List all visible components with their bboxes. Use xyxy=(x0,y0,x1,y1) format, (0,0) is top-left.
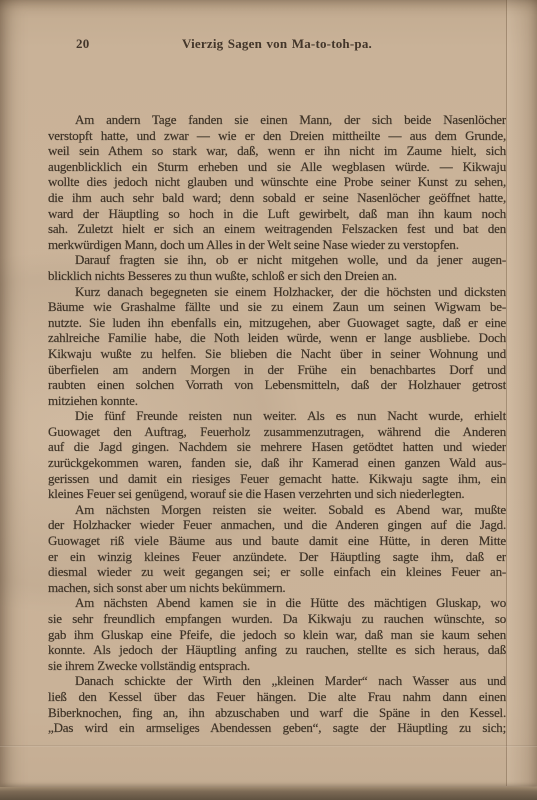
text-line: der Holzhacker wieder Feuer anmachen, un… xyxy=(48,517,506,533)
text-line: merkwürdigen Mann, doch um Alles in der … xyxy=(48,237,506,253)
text-line: er ein winzig kleines Feuer anzündete. D… xyxy=(48,549,506,565)
scanned-book-page: 20 Vierzig Sagen von Ma-to-toh-pa. Am an… xyxy=(0,0,537,800)
text-line: Kikwaju wußte zu helfen. Sie blieben die… xyxy=(48,346,506,362)
text-line: Guowaget den Auftrag, Feuerholz zusammen… xyxy=(48,424,506,440)
text-line: nutzte. Sie luden ihn ebenfalls ein, mit… xyxy=(48,315,506,331)
text-line: Darauf fragten sie ihn, ob er nicht mitg… xyxy=(48,252,506,268)
text-line: blicklich nichts Besseres zu thun wußte,… xyxy=(48,268,506,284)
text-line: kleines Feuer sei genügend, worauf sie d… xyxy=(48,486,506,502)
text-line: zahlreiche Familie habe, die Noth leiden… xyxy=(48,330,506,346)
page-edge-right xyxy=(506,0,537,786)
text-line: zurückgekommen waren, fanden sie, daß ih… xyxy=(48,455,506,471)
text-line: Biberknochen, fing an, ihn abzuschaben u… xyxy=(48,705,506,721)
text-line: weil sein Athem so stark war, daß, wenn … xyxy=(48,143,506,159)
page-header: 20 Vierzig Sagen von Ma-to-toh-pa. xyxy=(48,36,506,54)
text-line: Kurz danach begegneten sie einem Holzhac… xyxy=(48,284,506,300)
text-line: Am nächsten Abend kamen sie in die Hütte… xyxy=(48,595,506,611)
text-line: wollte dies jedoch nicht glauben und wün… xyxy=(48,174,506,190)
text-line: diesmal wieder zu weit gegangen sei; er … xyxy=(48,564,506,580)
text-line: Guowaget riß viele Bäume aus und baute d… xyxy=(48,533,506,549)
text-line: sie sehr freundlich empfangen wurden. Da… xyxy=(48,611,506,627)
text-line: sie ihrem Zwecke vollständig entsprach. xyxy=(48,658,506,674)
text-line: gab ihm Gluskap eine Pfeife, die jedoch … xyxy=(48,627,506,643)
text-line: Danach schickte der Wirth den „kleinen M… xyxy=(48,673,506,689)
text-line: augenblicklich ein Sturm erheben und sie… xyxy=(48,159,506,175)
text-line: gerissen und damit ein riesiges Feuer ge… xyxy=(48,471,506,487)
text-line: auf die Jagd gingen. Nachdem sie mehrere… xyxy=(48,439,506,455)
text-line: konnte. Als jedoch der Häuptling anfing … xyxy=(48,642,506,658)
text-line: überfielen am andern Morgen in der Frühe… xyxy=(48,362,506,378)
text-line: raubten einen solchen Vorrath von Lebens… xyxy=(48,377,506,393)
running-title: Vierzig Sagen von Ma-to-toh-pa. xyxy=(48,36,506,52)
text-line: „Das wird ein armseliges Abendessen gebe… xyxy=(48,720,506,736)
text-line: verstopft hatte, und zwar — wie er den D… xyxy=(48,128,506,144)
page-number: 20 xyxy=(76,36,89,52)
text-line: Die fünf Freunde reisten nun weiter. Als… xyxy=(48,408,506,424)
text-line: sah. Zuletzt hielt er sich an einem weit… xyxy=(48,221,506,237)
text-line: mitziehen konnte. xyxy=(48,393,506,409)
scan-edge-bottom xyxy=(0,787,537,800)
text-line: machen, sich sonst aber um nichts bekümm… xyxy=(48,580,506,596)
text-line: Bäume wie Grashalme fällte und sie zu ei… xyxy=(48,299,506,315)
text-line: Am andern Tage fanden sie einen Mann, de… xyxy=(48,112,506,128)
text-line: die ihm auch sehr bald ward; denn sobald… xyxy=(48,190,506,206)
text-line: ward der Häuptling so hoch in die Luft g… xyxy=(48,206,506,222)
page-body: Am andern Tage fanden sie einen Mann, de… xyxy=(48,112,506,736)
text-line: Am nächsten Morgen reisten sie weiter. S… xyxy=(48,502,506,518)
page-crease xyxy=(0,745,537,747)
text-line: ließ den Kessel über das Feuer hängen. D… xyxy=(48,689,506,705)
